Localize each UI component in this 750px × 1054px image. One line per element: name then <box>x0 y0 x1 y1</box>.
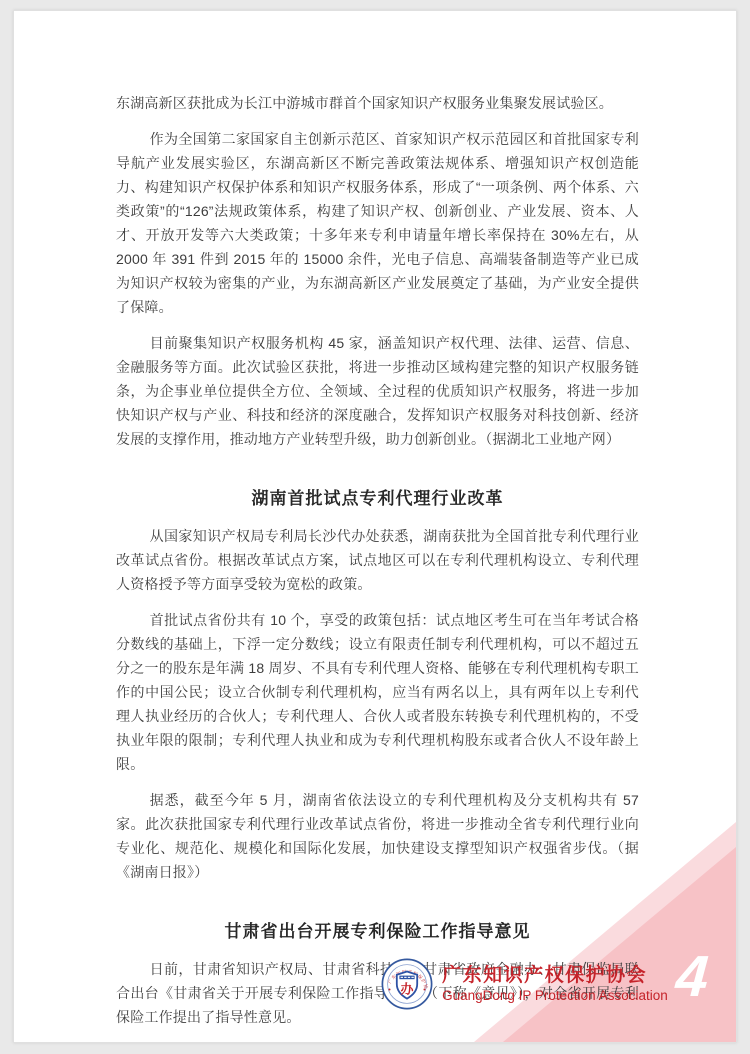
association-emblem-icon: 广东知识产权保护协会 办 <box>381 958 433 1010</box>
paragraph: 目前聚集知识产权服务机构 45 家，涵盖知识产权代理、法律、运营、信息、金融服务… <box>116 331 639 451</box>
page-content: 东湖高新区获批成为长江中游城市群首个国家知识产权服务业集聚发展试验区。 作为全国… <box>14 11 736 1041</box>
org-name-chinese: 广东知识产权保护协会 <box>442 964 668 988</box>
association-names: 广东知识产权保护协会 GuangDong IP Protection Assoc… <box>442 964 668 1005</box>
svg-text:办: 办 <box>401 982 415 997</box>
association-logo: 广东知识产权保护协会 办 <box>381 958 433 1010</box>
paragraph: 作为全国第二家国家自主创新示范区、首家知识产权示范园区和首批国家专利导航产业发展… <box>116 127 639 319</box>
document-background: 东湖高新区获批成为长江中游城市群首个国家知识产权服务业集聚发展试验区。 作为全国… <box>0 0 750 1054</box>
paragraph: 首批试点省份共有 10 个，享受的政策包括：试点地区考生可在当年考试合格分数线的… <box>116 608 639 776</box>
paragraph: 据悉，截至今年 5 月，湖南省依法设立的专利代理机构及分支机构共有 57 家。此… <box>116 788 639 884</box>
section-heading-hunan: 湖南首批试点专利代理行业改革 <box>116 487 639 511</box>
org-name-english: GuangDong IP Protection Association <box>442 988 668 1004</box>
newsletter-page: 东湖高新区获批成为长江中游城市群首个国家知识产权服务业集聚发展试验区。 作为全国… <box>13 10 737 1043</box>
page-number: 4 <box>674 951 710 1003</box>
paragraph: 从国家知识产权局专利局长沙代办处获悉，湖南获批为全国首批专利代理行业改革试点省份… <box>116 524 639 596</box>
page-footer: 广东知识产权保护协会 办 广东知识产权保护协会 GuangDong IP Pro… <box>381 958 708 1010</box>
section-heading-gansu: 甘肃省出台开展专利保险工作指导意见 <box>116 920 639 944</box>
paragraph: 东湖高新区获批成为长江中游城市群首个国家知识产权服务业集聚发展试验区。 <box>116 91 639 115</box>
